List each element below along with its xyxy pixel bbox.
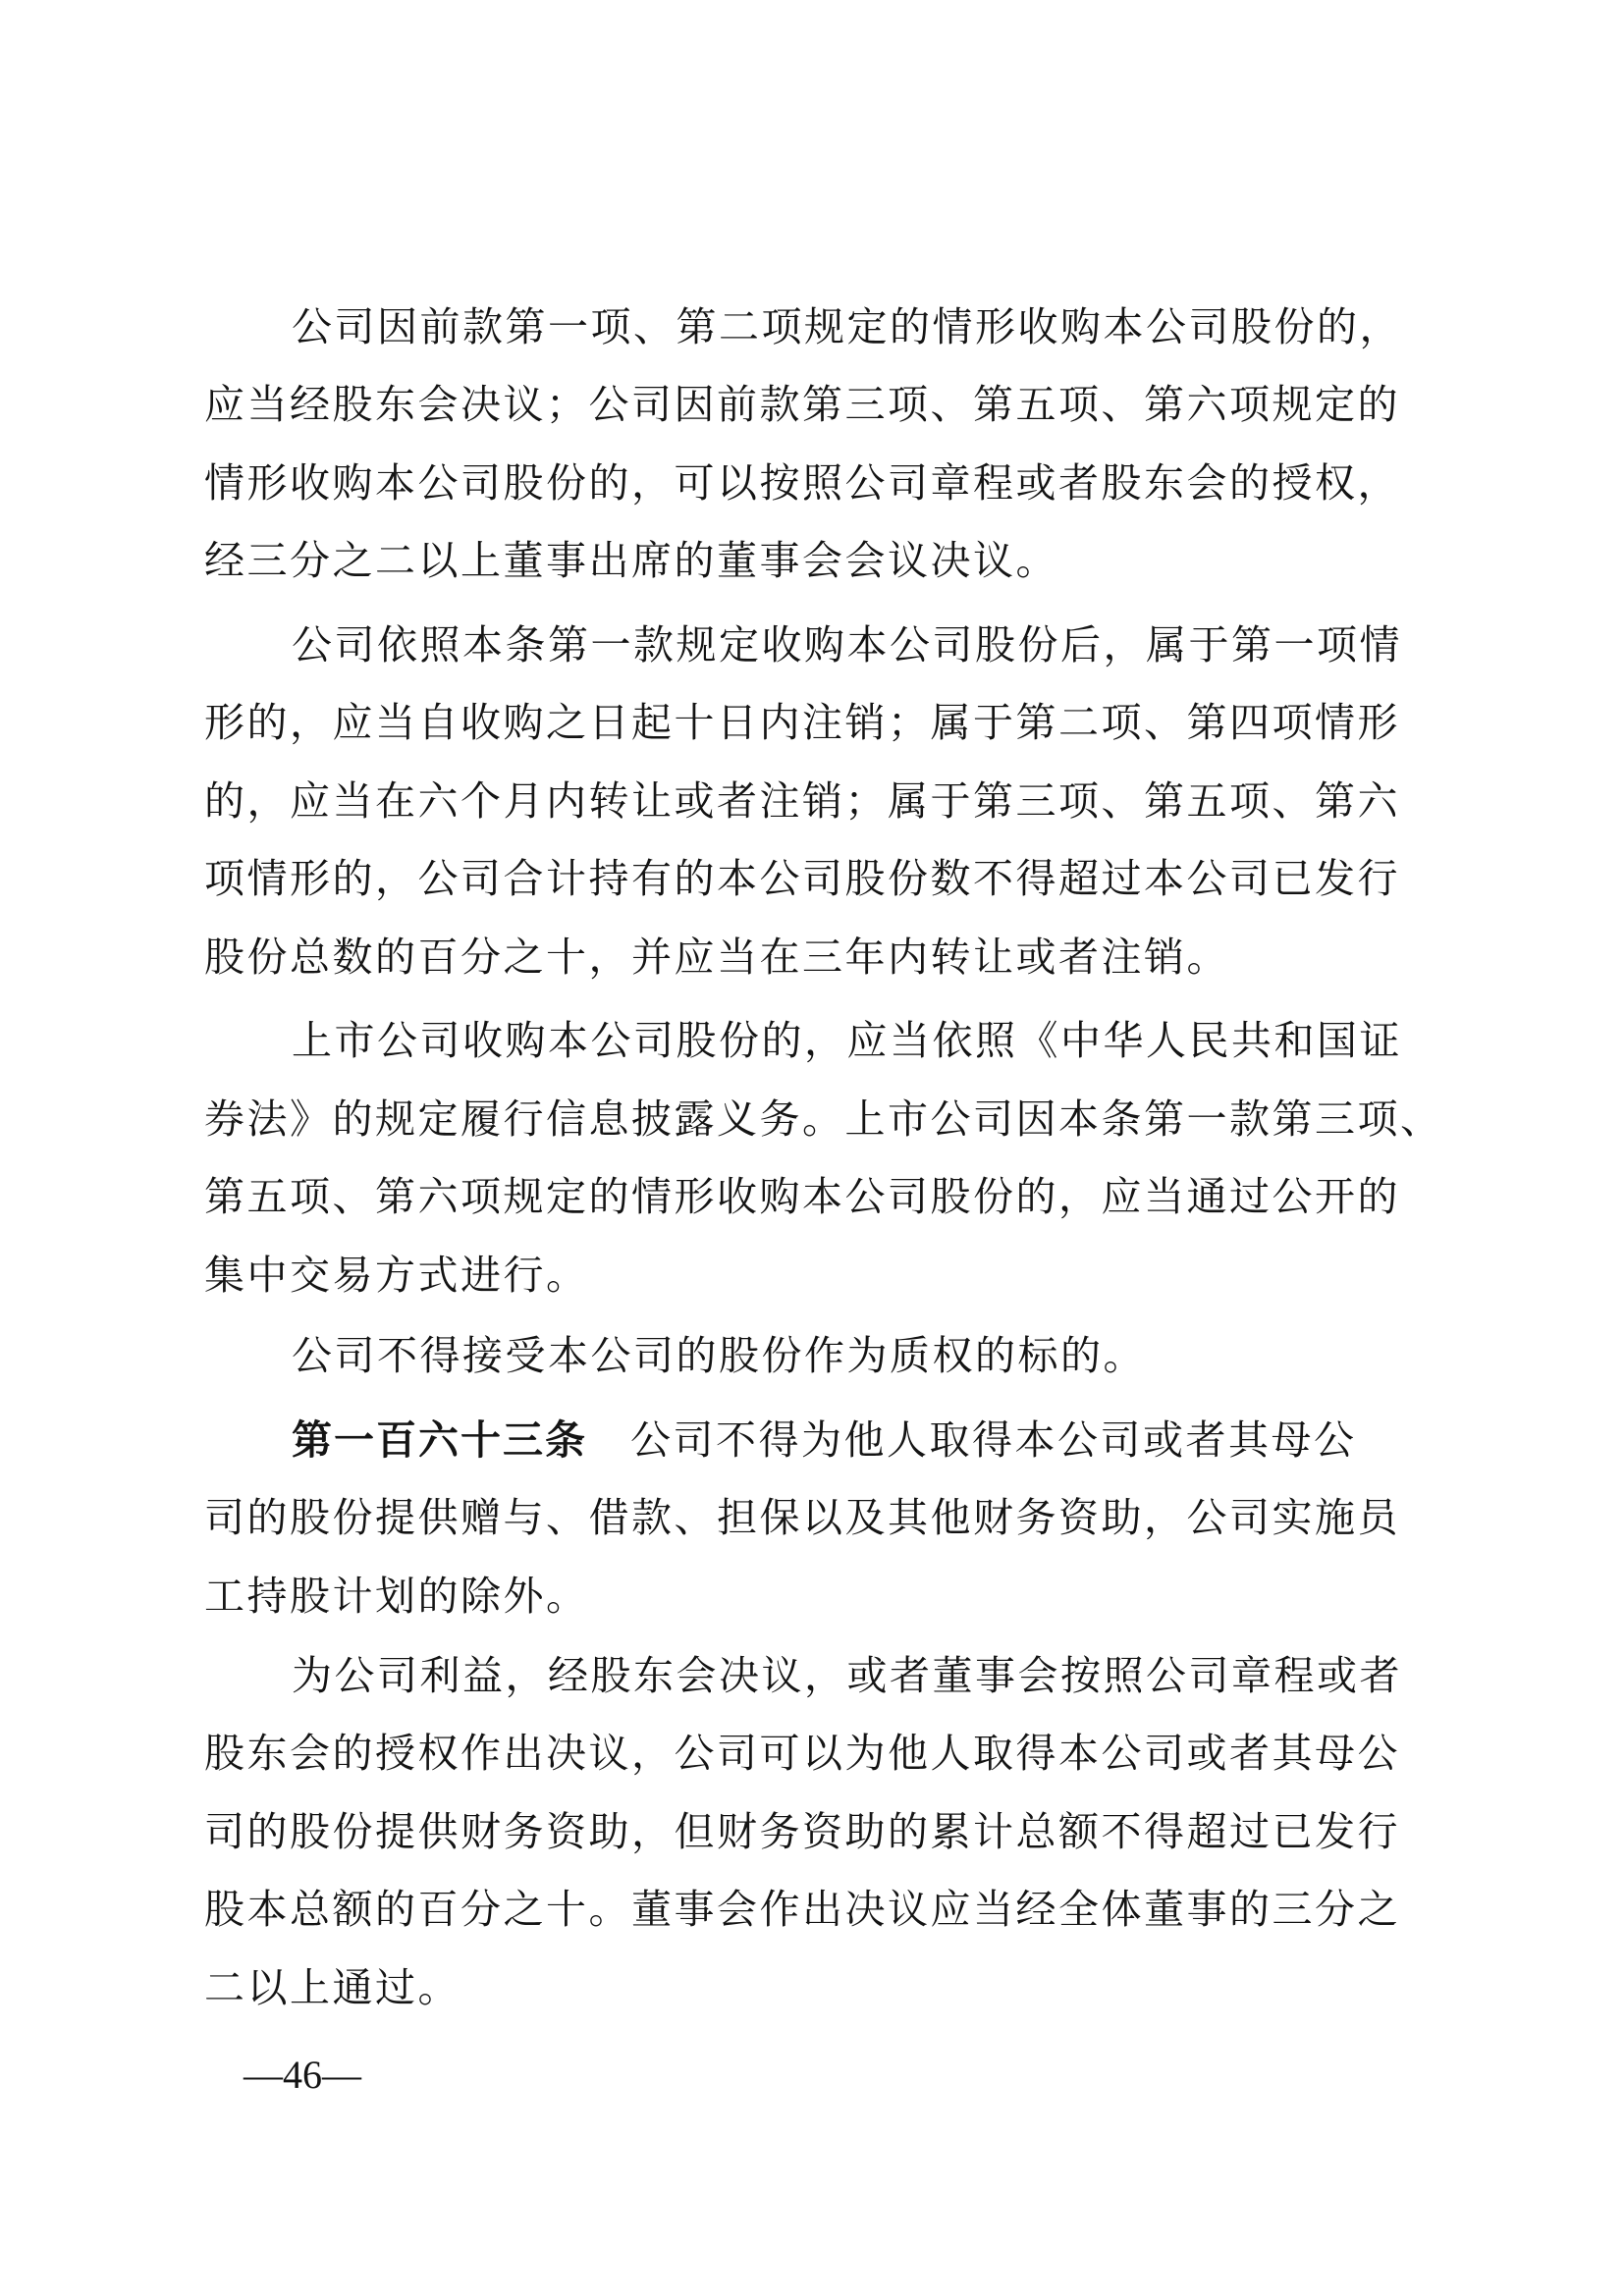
paragraph-6-line-2: 股东会的授权作出决议，公司可以为他人取得本公司或者其母公 [204,1728,1400,1779]
paragraph-2-line-4: 项情形的，公司合计持有的本公司股份数不得超过本公司已发行 [204,853,1400,904]
paragraph-6-line-3: 司的股份提供财务资助，但财务资助的累计总额不得超过已发行 [204,1806,1400,1857]
paragraph-1-line-3: 情形收购本公司股份的，可以按照公司章程或者股东会的授权， [204,457,1400,508]
paragraph-5-line-3: 工持股计划的除外。 [204,1571,589,1622]
article-heading: 第一百六十三条 [292,1416,587,1464]
paragraph-2-line-3: 的，应当在六个月内转让或者注销；属于第三项、第五项、第六 [204,775,1400,827]
paragraph-6-line-4: 股本总额的百分之十。董事会作出决议应当经全体董事的三分之 [204,1884,1400,1935]
paragraph-1-line-1: 公司因前款第一项、第二项规定的情形收购本公司股份的， [292,301,1402,352]
paragraph-5-line-1: 第一百六十三条公司不得为他人取得本公司或者其母公 [292,1415,1357,1466]
page-number: —46— [244,2056,361,2095]
paragraph-3-line-3: 第五项、第六项规定的情形收购本公司股份的，应当通过公开的 [204,1171,1400,1222]
paragraph-6-line-1: 为公司利益，经股东会决议，或者董事会按照公司章程或者 [292,1650,1402,1701]
paragraph-2-line-2: 形的，应当自收购之日起十日内注销；属于第二项、第四项情形 [204,697,1400,748]
paragraph-5-line-2: 司的股份提供赠与、借款、担保以及其他财务资助，公司实施员 [204,1492,1400,1543]
paragraph-3-line-4: 集中交易方式进行。 [204,1250,589,1301]
paragraph-3-line-2: 券法》的规定履行信息披露义务。上市公司因本条第一款第三项、 [204,1094,1443,1145]
paragraph-2-line-5: 股份总数的百分之十，并应当在三年内转让或者注销。 [204,932,1229,983]
paragraph-1-line-4: 经三分之二以上董事出席的董事会会议决议。 [204,535,1058,586]
article-body-start: 公司不得为他人取得本公司或者其母公 [630,1416,1357,1464]
paragraph-3-line-1: 上市公司收购本公司股份的，应当依照《中华人民共和国证 [292,1015,1402,1066]
document-page: 公司因前款第一项、第二项规定的情形收购本公司股份的， 应当经股东会决议；公司因前… [0,0,1624,2296]
paragraph-4-line-1: 公司不得接受本公司的股份作为质权的标的。 [292,1330,1146,1381]
paragraph-2-line-1: 公司依照本条第一款规定收购本公司股份后，属于第一项情 [292,619,1402,670]
paragraph-6-line-5: 二以上通过。 [204,1962,460,2013]
paragraph-1-line-2: 应当经股东会决议；公司因前款第三项、第五项、第六项规定的 [204,379,1400,430]
